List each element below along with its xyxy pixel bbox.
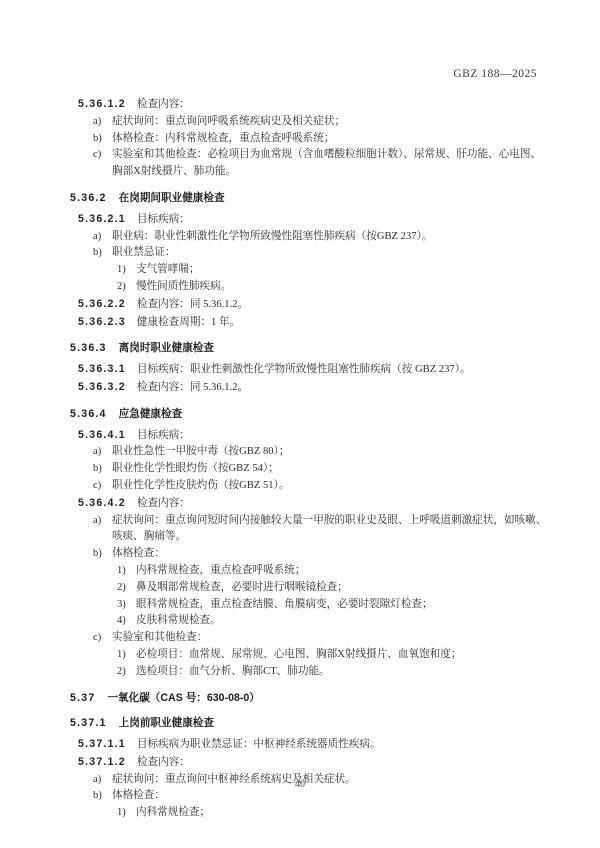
clause-text: 实验室和其他检查： bbox=[112, 632, 207, 643]
list-item: c)实验室和其他检查：必检项目为血常规（含血嗜酸粒细胞计数）、尿常规、肝功能、心… bbox=[70, 147, 548, 181]
clause-text: 慢性间质性肺疾病。 bbox=[136, 281, 231, 292]
clause-text: 目标疾病为职业禁忌证：中枢神经系统器质性疾病。 bbox=[137, 739, 381, 750]
clause-text: 症状询问：重点询问短时间内接触较大量一甲胺的职业史及眼、上呼吸道刺激症状，如咳嗽… bbox=[112, 515, 546, 543]
clause-text: 眼科常规检查，重点检查结膜、角膜病变，必要时裂隙灯检查； bbox=[136, 599, 433, 610]
list-item: a)职业病：职业性刺激性化学物所致慢性阻塞性肺疾病（按GBZ 237）。 bbox=[70, 229, 548, 246]
list-item-label: a) bbox=[93, 444, 101, 461]
list-item-label: b) bbox=[93, 546, 102, 563]
clause-number: 5.36.3.2 bbox=[78, 381, 137, 393]
list-item-label: a) bbox=[93, 229, 101, 246]
heading-text: 一氧化碳（CAS 号：630-08-0） bbox=[107, 692, 259, 704]
list-item-label: 2) bbox=[117, 580, 126, 597]
clause-text: 职业性急性一甲胺中毒（按GBZ 80）； bbox=[112, 446, 289, 457]
list-item-label: 2) bbox=[117, 664, 126, 681]
clause-text: 检查内容：同 5.36.1.2。 bbox=[137, 382, 248, 393]
list-item: a)症状询问：重点询问呼吸系统疾病史及相关症状； bbox=[70, 114, 548, 131]
list-item: b)体格检查： bbox=[70, 788, 548, 805]
clause-number: 5.36.2.1 bbox=[78, 213, 137, 225]
clause-number: 5.37 bbox=[70, 692, 107, 704]
list-item-label: c) bbox=[93, 478, 101, 495]
clause-number: 5.36.4 bbox=[70, 408, 119, 420]
list-item-label: c) bbox=[93, 147, 101, 164]
list-item: 2)鼻及咽部常规检查，必要时进行咽喉镜检查； bbox=[70, 580, 548, 597]
section-heading: 5.36.3离岗时职业健康检查 bbox=[70, 340, 548, 357]
list-item: a)职业性急性一甲胺中毒（按GBZ 80）； bbox=[70, 444, 548, 461]
clause-text: 实验室和其他检查：必检项目为血常规（含血嗜酸粒细胞计数）、尿常规、肝功能、心电图… bbox=[112, 149, 541, 177]
clause-text: 检查内容： bbox=[137, 757, 190, 768]
list-item: 1)支气管哮喘； bbox=[70, 262, 548, 279]
clause-paragraph: 5.37.1.2检查内容： bbox=[78, 754, 548, 772]
clause-text: 检查内容：同 5.36.1.2。 bbox=[137, 299, 248, 310]
clause-number: 5.37.1 bbox=[70, 717, 119, 729]
list-item-label: c) bbox=[93, 630, 101, 647]
list-item: c)实验室和其他检查： bbox=[70, 630, 548, 647]
list-item: b)体格检查： bbox=[70, 546, 548, 563]
heading-text: 应急健康检查 bbox=[119, 408, 183, 420]
standard-code-header: GBZ 188—2025 bbox=[0, 68, 537, 80]
clause-text: 皮肤科常规检查。 bbox=[136, 615, 221, 626]
list-item-label: 1) bbox=[117, 647, 126, 664]
clause-paragraph: 5.37.1.1目标疾病为职业禁忌证：中枢神经系统器质性疾病。 bbox=[78, 736, 548, 754]
clause-number: 5.36.4.2 bbox=[78, 497, 137, 509]
list-item-label: b) bbox=[93, 245, 102, 262]
clause-text: 职业禁忌证： bbox=[112, 247, 176, 258]
clause-text: 目标疾病： bbox=[137, 430, 190, 441]
clause-text: 健康检查周期：1 年。 bbox=[137, 317, 240, 328]
list-item: c)职业性化学性皮肤灼伤（按GBZ 51）。 bbox=[70, 478, 548, 495]
clause-number: 5.37.1.2 bbox=[78, 756, 137, 768]
clause-number: 5.36.3 bbox=[70, 342, 119, 354]
clause-number: 5.36.1.2 bbox=[78, 98, 137, 110]
clause-text: 鼻及咽部常规检查，必要时进行咽喉镜检查； bbox=[136, 582, 348, 593]
list-item: 4)皮肤科常规检查。 bbox=[70, 613, 548, 630]
list-item: 1)必检项目：血常规、尿常规、心电图、胸部X射线摄片、血氧饱和度； bbox=[70, 647, 548, 664]
clause-number: 5.36.4.1 bbox=[78, 429, 137, 441]
list-item: b)职业禁忌证： bbox=[70, 245, 548, 262]
section-heading: 5.36.4应急健康检查 bbox=[70, 406, 548, 423]
document-page: GBZ 188—2025 5.36.1.2检查内容：a)症状询问：重点询问呼吸系… bbox=[0, 0, 600, 848]
list-item: b)体格检查：内科常规检查，重点检查呼吸系统； bbox=[70, 131, 548, 148]
clause-text: 体格检查：内科常规检查，重点检查呼吸系统； bbox=[112, 133, 334, 144]
clause-paragraph: 5.36.3.1目标疾病：职业性刺激性化学物所致慢性阻塞性肺疾病（按 GBZ 2… bbox=[78, 361, 548, 379]
clause-text: 检查内容： bbox=[137, 99, 190, 110]
list-item-label: 2) bbox=[117, 279, 126, 296]
list-item: 1)内科常规检查，重点检查呼吸系统； bbox=[70, 563, 548, 580]
clause-paragraph: 5.36.2.2检查内容：同 5.36.1.2。 bbox=[78, 296, 548, 314]
list-item-label: b) bbox=[93, 131, 102, 148]
clause-text: 目标疾病：职业性刺激性化学物所致慢性阻塞性肺疾病（按 GBZ 237）。 bbox=[137, 364, 471, 375]
list-item-label: 3) bbox=[117, 597, 126, 614]
clause-number: 5.36.3.1 bbox=[78, 363, 137, 375]
list-item-label: b) bbox=[93, 461, 102, 478]
heading-text: 上岗前职业健康检查 bbox=[119, 717, 214, 729]
section-heading: 5.36.2在岗期间职业健康检查 bbox=[70, 190, 548, 207]
list-item-label: 1) bbox=[117, 563, 126, 580]
list-item: 2)选检项目：血气分析、胸部CT、肺功能。 bbox=[70, 664, 548, 681]
clause-text: 体格检查： bbox=[112, 790, 165, 801]
clause-text: 选检项目：血气分析、胸部CT、肺功能。 bbox=[136, 666, 330, 677]
section-heading: 5.37一氧化碳（CAS 号：630-08-0） bbox=[70, 690, 548, 707]
clause-text: 内科常规检查； bbox=[136, 807, 210, 818]
heading-text: 离岗时职业健康检查 bbox=[119, 342, 214, 354]
document-body: 5.36.1.2检查内容：a)症状询问：重点询问呼吸系统疾病史及相关症状；b)体… bbox=[70, 96, 548, 822]
clause-text: 症状询问：重点询问呼吸系统疾病史及相关症状； bbox=[112, 116, 345, 127]
clause-text: 体格检查： bbox=[112, 548, 165, 559]
clause-paragraph: 5.36.4.1目标疾病： bbox=[78, 427, 548, 445]
list-item: a)症状询问：重点询问短时间内接触较大量一甲胺的职业史及眼、上呼吸道刺激症状，如… bbox=[70, 513, 548, 547]
clause-paragraph: 5.36.2.1目标疾病： bbox=[78, 211, 548, 229]
clause-number: 5.36.2.3 bbox=[78, 316, 137, 328]
clause-number: 5.36.2 bbox=[70, 192, 119, 204]
heading-text: 在岗期间职业健康检查 bbox=[119, 192, 225, 204]
clause-paragraph: 5.36.4.2检查内容： bbox=[78, 495, 548, 513]
clause-text: 职业病：职业性刺激性化学物所致慢性阻塞性肺疾病（按GBZ 237）。 bbox=[112, 231, 432, 242]
clause-number: 5.36.2.2 bbox=[78, 298, 137, 310]
list-item-label: 1) bbox=[117, 262, 126, 279]
clause-paragraph: 5.36.3.2检查内容：同 5.36.1.2。 bbox=[78, 379, 548, 397]
list-item: b)职业性化学性眼灼伤（按GBZ 54）； bbox=[70, 461, 548, 478]
list-item-label: a) bbox=[93, 114, 101, 131]
list-item-label: a) bbox=[93, 513, 101, 530]
list-item: 1)内科常规检查； bbox=[70, 805, 548, 822]
clause-text: 内科常规检查，重点检查呼吸系统； bbox=[136, 565, 306, 576]
clause-paragraph: 5.36.1.2检查内容： bbox=[78, 96, 548, 114]
list-item: 2)慢性间质性肺疾病。 bbox=[70, 279, 548, 296]
section-heading: 5.37.1上岗前职业健康检查 bbox=[70, 715, 548, 732]
clause-text: 检查内容： bbox=[137, 498, 190, 509]
list-item-label: 4) bbox=[117, 613, 126, 630]
clause-text: 必检项目：血常规、尿常规、心电图、胸部X射线摄片、血氧饱和度； bbox=[136, 649, 461, 660]
clause-paragraph: 5.36.2.3健康检查周期：1 年。 bbox=[78, 314, 548, 332]
list-item-label: b) bbox=[93, 788, 102, 805]
page-number: 40 bbox=[0, 779, 600, 790]
clause-text: 目标疾病： bbox=[137, 214, 190, 225]
clause-text: 支气管哮喘； bbox=[136, 264, 200, 275]
list-item-label: 1) bbox=[117, 805, 126, 822]
clause-number: 5.37.1.1 bbox=[78, 738, 137, 750]
clause-text: 职业性化学性皮肤灼伤（按GBZ 51）。 bbox=[112, 480, 289, 491]
clause-text: 职业性化学性眼灼伤（按GBZ 54）； bbox=[112, 463, 279, 474]
list-item: 3)眼科常规检查，重点检查结膜、角膜病变，必要时裂隙灯检查； bbox=[70, 597, 548, 614]
